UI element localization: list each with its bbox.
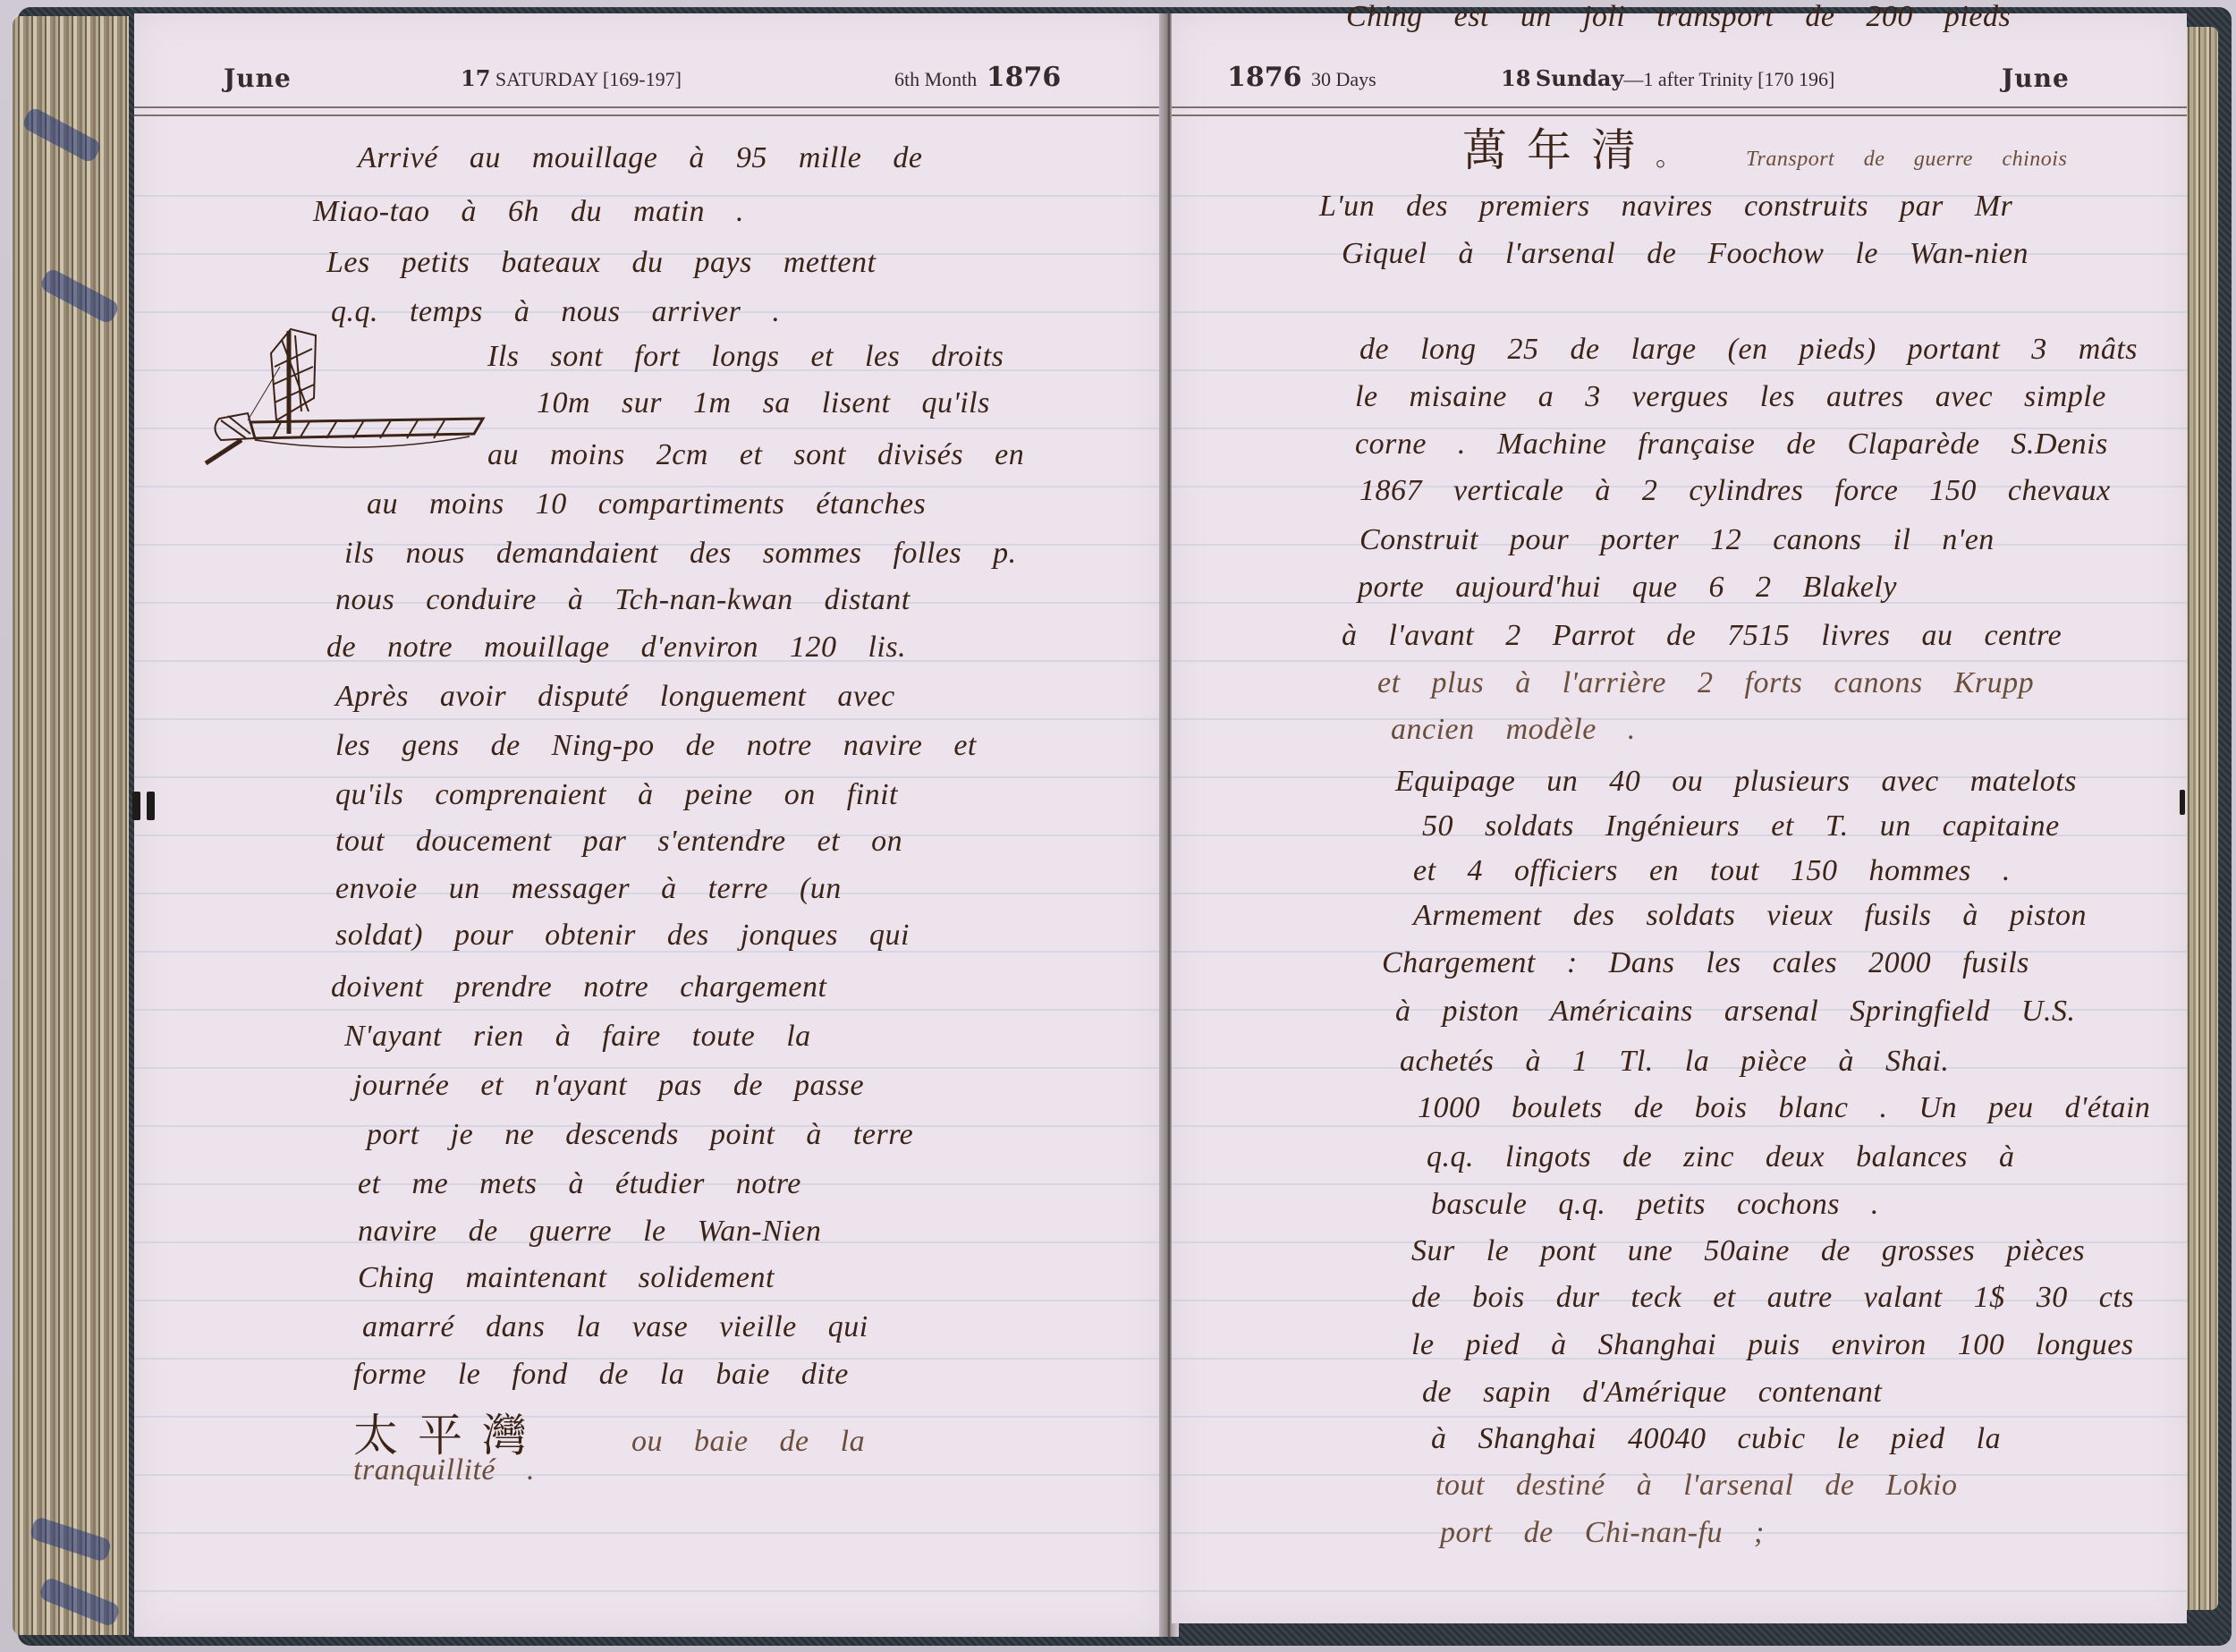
left-page-header: June 17 SATURDAY [169-197] 6th Month 187…: [134, 56, 1163, 101]
handwritten-line: de sapin d'Amérique contenant: [1422, 1376, 1882, 1410]
handwritten-line: navire de guerre le Wan-Nien: [358, 1215, 821, 1249]
handwritten-line: et plus à l'arrière 2 forts canons Krupp: [1377, 666, 2034, 700]
handwritten-line: q.q. lingots de zinc deux balances à: [1427, 1140, 2014, 1174]
title-caption: Transport de guerre chinois: [1746, 148, 2067, 171]
ink-stain: [38, 267, 121, 325]
right-page-header: 1876 30 Days 18 Sunday—1 after Trinity […: [1172, 56, 2187, 101]
handwritten-line: doivent prendre notre chargement: [331, 970, 826, 1004]
cjk-line-suffix: ou baie de la: [631, 1425, 865, 1458]
handwritten-line: nous conduire à Tch-nan-kwan distant: [335, 583, 910, 617]
handwritten-line: 50 soldats Ingénieurs et T. un capitaine: [1422, 809, 2060, 843]
handwritten-line: Les petits bateaux du pays mettent: [326, 246, 876, 280]
handwritten-line: au moins 10 compartiments étanches: [367, 487, 926, 521]
header-year: 6th Month 1876: [894, 62, 1061, 93]
handwritten-line: amarré dans la vase vieille qui: [362, 1310, 868, 1344]
handwritten-line: port je ne descends point à terre: [367, 1118, 913, 1152]
binding-mark: [147, 792, 155, 820]
day-name: SATURDAY: [495, 68, 598, 90]
handwritten-line: au moins 2cm et sont divisés en: [487, 438, 1024, 472]
right-page-stack: [2182, 27, 2218, 1610]
handwritten-line: Sur le pont une 50aine de grosses pièces: [1411, 1234, 2085, 1268]
diary-scene: June 17 SATURDAY [169-197] 6th Month 187…: [0, 0, 2236, 1652]
handwritten-line: 1867 verticale à 2 cylindres force 150 c…: [1359, 474, 2111, 508]
handwritten-line: Arrivé au mouillage à 95 mille de: [358, 141, 922, 175]
handwritten-line: Miao-tao à 6h du matin .: [313, 195, 744, 229]
handwritten-line: corne . Machine française de Claparède S…: [1355, 428, 2108, 462]
handwritten-line: Construit pour porter 12 canons il n'en: [1359, 523, 1995, 557]
days-label: 30 Days: [1311, 68, 1376, 90]
header-day: 18 Sunday—1 after Trinity [170 196]: [1501, 65, 1834, 91]
title-mark: 。: [1656, 141, 1702, 173]
handwritten-line: le pied à Shanghai puis environ 100 long…: [1411, 1328, 2134, 1362]
handwritten-line: Ils sont fort longs et les droits: [487, 340, 1004, 374]
handwritten-line: envoie un messager à terre (un: [335, 872, 842, 906]
handwritten-line: et 4 officiers en tout 150 hommes .: [1413, 854, 2011, 888]
handwritten-line: forme le fond de la baie dite: [353, 1358, 849, 1392]
header-double-rule: [134, 106, 1163, 116]
handwritten-line: tout doucement par s'entendre et on: [335, 825, 902, 859]
handwritten-line: Equipage un 40 ou plusieurs avec matelot…: [1395, 765, 2077, 799]
handwritten-line: les gens de Ning-po de notre navire et: [335, 729, 977, 763]
handwritten-line: L'un des premiers navires construits par…: [1319, 190, 2012, 224]
header-year: 1876 30 Days: [1227, 62, 1376, 93]
handwritten-line: à piston Américains arsenal Springfield …: [1395, 995, 2076, 1029]
handwritten-line: q.q. temps à nous arriver .: [331, 295, 780, 329]
year: 1876: [1227, 62, 1302, 93]
handwritten-line: qu'ils comprenaient à peine on finit: [335, 778, 898, 812]
handwritten-line: Ching maintenant solidement: [358, 1261, 775, 1295]
day-note: —1 after Trinity: [1623, 68, 1752, 90]
day-range: [170 196]: [1757, 68, 1834, 90]
month-label: 6th Month: [894, 68, 977, 90]
handwritten-line: port de Chi-nan-fu ;: [1440, 1516, 1765, 1550]
ink-stain: [29, 1516, 113, 1563]
handwritten-line: de notre mouillage d'environ 120 lis.: [326, 631, 906, 665]
ink-stain: [21, 106, 103, 164]
handwritten-line: le misaine a 3 vergues les autres avec s…: [1355, 380, 2106, 414]
handwritten-line: tout destiné à l'arsenal de Lokio: [1436, 1469, 1957, 1503]
ship-name-cjk: 萬年清: [1462, 124, 1656, 176]
handwritten-line: de bois dur teck et autre valant 1$ 30 c…: [1411, 1281, 2134, 1315]
handwritten-line: ancien modèle .: [1391, 713, 1636, 747]
ink-stain: [38, 1576, 121, 1628]
year: 1876: [987, 62, 1062, 93]
day-number: 17: [461, 65, 490, 91]
header-month: June: [224, 64, 292, 93]
day-range: [169-197]: [603, 68, 682, 90]
header-day: 17 SATURDAY [169-197]: [461, 65, 682, 91]
junk-boat-sketch: [201, 313, 487, 465]
handwritten-line: 10m sur 1m sa lisent qu'ils: [537, 386, 990, 420]
header-month: June: [2002, 64, 2070, 93]
handwritten-line: tranquillité .: [353, 1453, 535, 1487]
day-number: 18: [1501, 65, 1530, 91]
handwritten-line: N'ayant rien à faire toute la: [344, 1020, 811, 1054]
handwritten-line: à l'avant 2 Parrot de 7515 livres au cen…: [1342, 619, 2062, 653]
day-name: Sunday: [1536, 65, 1624, 91]
binding-mark: [132, 792, 140, 820]
handwritten-line: à Shanghai 40040 cubic le pied la: [1431, 1422, 2001, 1456]
left-page-stack: [13, 16, 129, 1635]
handwritten-line: 1000 boulets de bois blanc . Un peu d'ét…: [1418, 1091, 2150, 1125]
handwritten-line: Ching est un joli transport de 200 pieds: [1346, 0, 2011, 34]
binding-mark: [2180, 790, 2185, 815]
handwritten-line: et me mets à étudier notre: [358, 1167, 801, 1201]
handwritten-line: Après avoir disputé longuement avec: [335, 680, 895, 714]
handwritten-line: Armement des soldats vieux fusils à pist…: [1413, 899, 2087, 933]
handwritten-line: achetés à 1 Tl. la pièce à Shai.: [1400, 1045, 1949, 1079]
handwritten-line: journée et n'ayant pas de passe: [353, 1069, 864, 1103]
handwritten-line: Chargement : Dans les cales 2000 fusils: [1382, 946, 2029, 980]
entry-title: 萬年清。 Transport de guerre chinois: [1462, 114, 2067, 179]
handwritten-line: Giquel à l'arsenal de Foochow le Wan-nie…: [1342, 237, 2028, 271]
handwritten-line: porte aujourd'hui que 6 2 Blakely: [1358, 571, 1897, 605]
handwritten-line: soldat) pour obtenir des jonques qui: [335, 919, 910, 953]
handwritten-line: bascule q.q. petits cochons .: [1431, 1188, 1879, 1222]
handwritten-line: ils nous demandaient des sommes folles p…: [344, 537, 1017, 571]
handwritten-line: de long 25 de large (en pieds) portant 3…: [1359, 333, 2138, 367]
